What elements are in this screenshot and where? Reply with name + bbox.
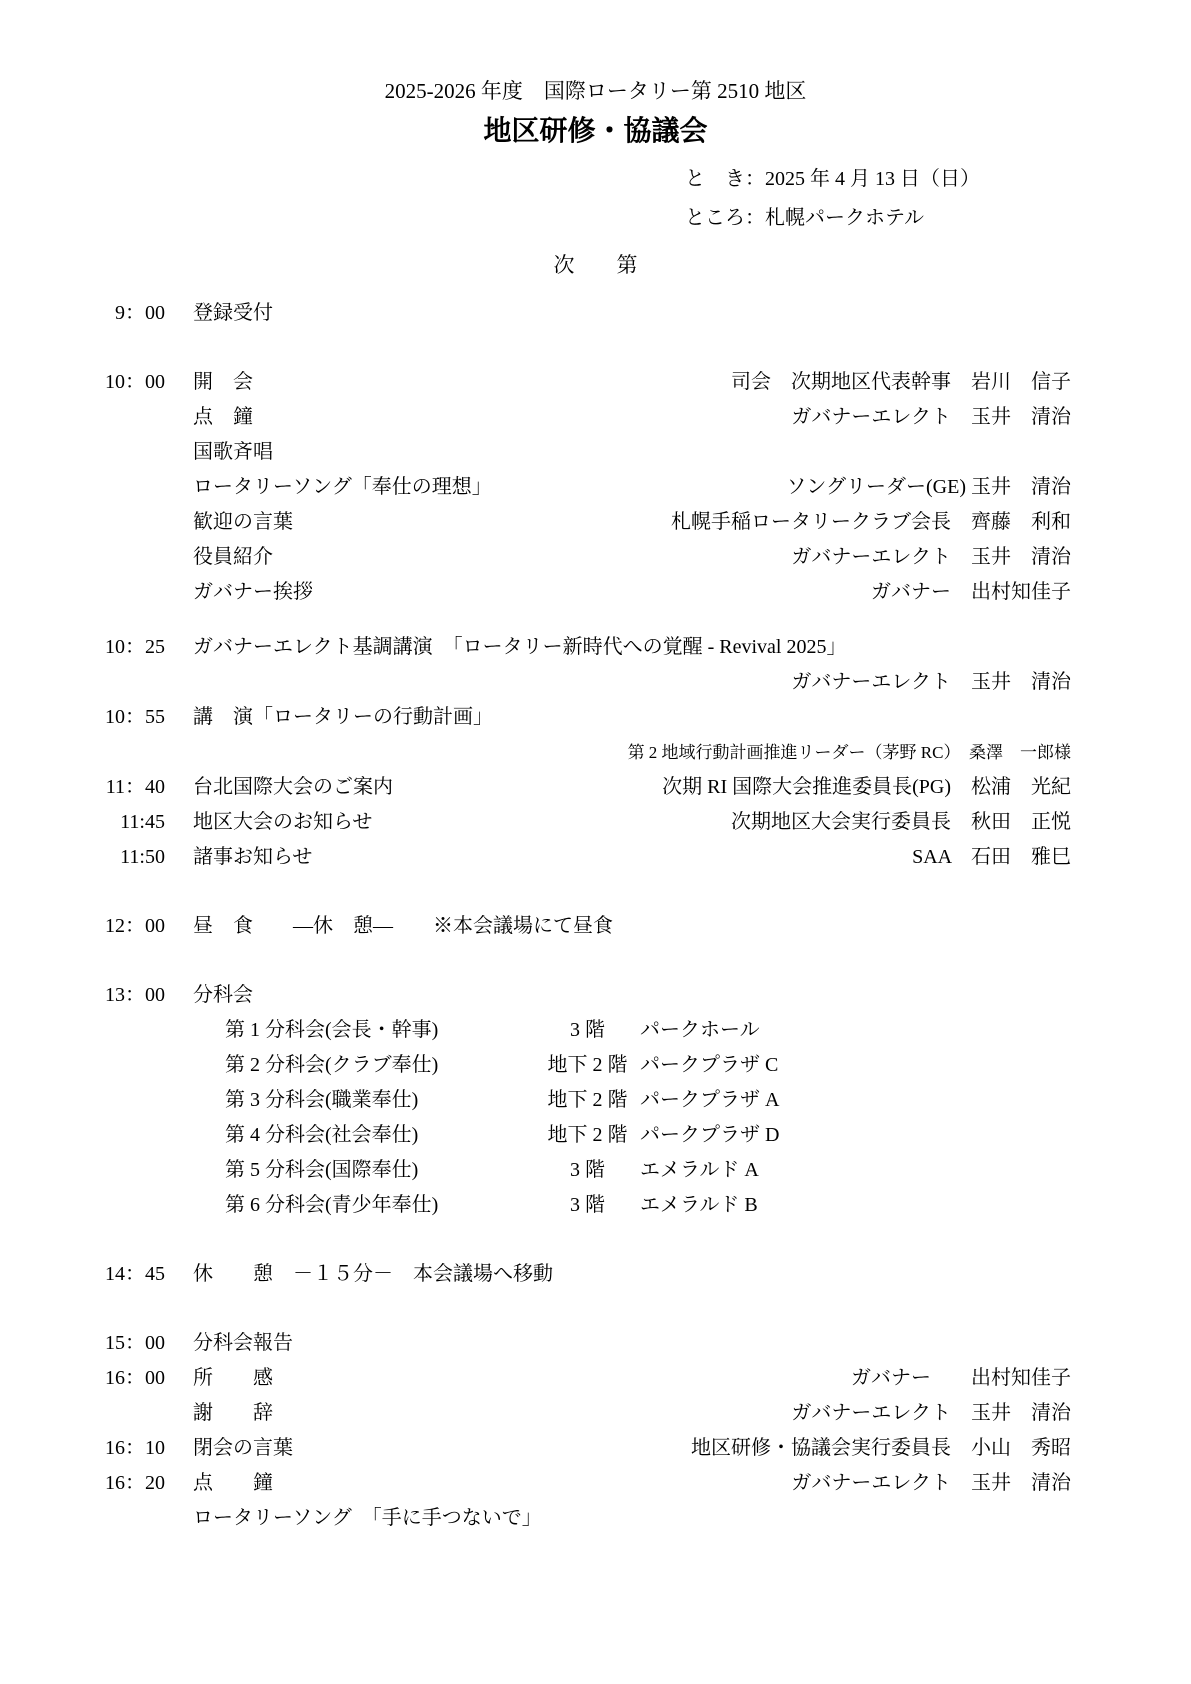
document-title: 2025-2026 年度 国際ロータリー第 2510 地区	[0, 0, 1191, 106]
agenda-row: 歓迎の言葉 札幌手稲ロータリークラブ会長 齊藤 利和	[105, 505, 1071, 540]
agenda-row: 12：00 昼 食 ―休 憩― ※本会議場にて昼食	[105, 909, 1071, 944]
session-room: パークプラザ C	[640, 1048, 778, 1083]
agenda-speaker: 第 2 地域行動計画推進リーダー（茅野 RC） 桑澤 一郎様	[628, 735, 1071, 770]
agenda-speaker: 地区研修・協議会実行委員長 小山 秀昭	[691, 1431, 1071, 1466]
agenda-time: 10：55	[105, 700, 165, 735]
event-venue: ところ：札幌パークホテル	[685, 199, 1191, 238]
agenda-row: 国歌斉唱	[105, 435, 1071, 470]
agenda-row: 第 2 地域行動計画推進リーダー（茅野 RC） 桑澤 一郎様	[105, 735, 1071, 770]
agenda-row: 9：00 登録受付	[105, 296, 1071, 331]
agenda-speaker: 次期地区大会実行委員長 秋田 正悦	[731, 805, 1071, 840]
agenda-time: 11:45	[105, 805, 165, 840]
breakout-session-row: 第 4 分科会(社会奉仕) 地下 2 階 パークプラザ D	[105, 1118, 1071, 1153]
agenda-heading: 次 第	[0, 248, 1191, 282]
session-room: パークプラザ A	[640, 1083, 779, 1118]
agenda-row: 役員紹介 ガバナーエレクト 玉井 清治	[105, 540, 1071, 575]
agenda-row: 16：00 所 感 ガバナー 出村知佳子	[105, 1361, 1071, 1396]
session-room: エメラルド B	[640, 1188, 758, 1223]
agenda-item: 閉会の言葉	[193, 1431, 293, 1466]
agenda-item: 台北国際大会のご案内	[193, 770, 393, 805]
agenda-item: 休 憩 －１５分－ 本会議場へ移動	[193, 1257, 553, 1292]
agenda-time: 14：45	[105, 1257, 165, 1292]
event-meta: と き：2025 年 4 月 13 日（日） ところ：札幌パークホテル	[685, 160, 1191, 238]
agenda-speaker: ガバナーエレクト 玉井 清治	[791, 540, 1071, 575]
agenda-time: 16：10	[105, 1431, 165, 1466]
agenda-item: 点 鐘	[193, 1466, 273, 1501]
agenda-item: 点 鐘	[193, 400, 253, 435]
agenda-item: 国歌斉唱	[193, 435, 273, 470]
agenda-speaker: 次期 RI 国際大会推進委員長(PG) 松浦 光紀	[662, 770, 1071, 805]
breakout-session-row: 第 2 分科会(クラブ奉仕) 地下 2 階 パークプラザ C	[105, 1048, 1071, 1083]
agenda-speaker: 司会 次期地区代表幹事 岩川 信子	[731, 365, 1071, 400]
agenda-document: 2025-2026 年度 国際ロータリー第 2510 地区 地区研修・協議会 と…	[0, 0, 1191, 1684]
agenda-speaker: ガバナーエレクト 玉井 清治	[791, 400, 1071, 435]
session-name: 第 5 分科会(国際奉仕)	[225, 1153, 535, 1188]
agenda-item: ガバナー挨拶	[193, 575, 313, 610]
agenda-item: 役員紹介	[193, 540, 273, 575]
session-name: 第 6 分科会(青少年奉仕)	[225, 1188, 535, 1223]
session-name: 第 3 分科会(職業奉仕)	[225, 1083, 535, 1118]
breakout-session-row: 第 1 分科会(会長・幹事) 3 階 パークホール	[105, 1013, 1071, 1048]
agenda-speaker: ソングリーダー(GE) 玉井 清治	[786, 470, 1071, 505]
session-name: 第 2 分科会(クラブ奉仕)	[225, 1048, 535, 1083]
agenda-speaker: ガバナー 出村知佳子	[871, 575, 1071, 610]
agenda-row: ロータリーソング「奉仕の理想」 ソングリーダー(GE) 玉井 清治	[105, 470, 1071, 505]
agenda-time: 16：00	[105, 1361, 165, 1396]
agenda-item: 登録受付	[193, 296, 273, 331]
session-floor: 地下 2 階	[535, 1083, 640, 1118]
agenda-time: 11:50	[105, 840, 165, 875]
agenda-row: 11:45 地区大会のお知らせ 次期地区大会実行委員長 秋田 正悦	[105, 805, 1071, 840]
agenda-time: 9：00	[105, 296, 165, 331]
agenda-row: ガバナー挨拶 ガバナー 出村知佳子	[105, 575, 1071, 610]
agenda-time: 10：25	[105, 630, 165, 665]
agenda-row: 14：45 休 憩 －１５分－ 本会議場へ移動	[105, 1257, 1071, 1292]
session-floor: 3 階	[535, 1153, 640, 1188]
agenda-row: 10：55 講 演「ロータリーの行動計画」	[105, 700, 1071, 735]
agenda-row: 15：00 分科会報告	[105, 1326, 1071, 1361]
agenda-row: 点 鐘 ガバナーエレクト 玉井 清治	[105, 400, 1071, 435]
agenda-item: 分科会報告	[193, 1326, 293, 1361]
agenda-row: 11:50 諸事お知らせ SAA 石田 雅巳	[105, 840, 1071, 875]
agenda-speaker: SAA 石田 雅巳	[912, 840, 1071, 875]
agenda-speaker: ガバナーエレクト 玉井 清治	[791, 665, 1071, 700]
agenda-row: 謝 辞 ガバナーエレクト 玉井 清治	[105, 1396, 1071, 1431]
breakout-session-row: 第 3 分科会(職業奉仕) 地下 2 階 パークプラザ A	[105, 1083, 1071, 1118]
agenda-item: 開 会	[193, 365, 253, 400]
agenda-item: 分科会	[193, 978, 253, 1013]
agenda-item: 昼 食 ―休 憩― ※本会議場にて昼食	[193, 909, 613, 944]
agenda-item: ガバナーエレクト基調講演 「ロータリー新時代への覚醒 - Revival 202…	[193, 630, 846, 665]
session-floor: 3 階	[535, 1013, 640, 1048]
agenda-item: ロータリーソング 「手に手つないで」	[193, 1501, 542, 1536]
event-title: 地区研修・協議会	[0, 112, 1191, 152]
agenda-item: 謝 辞	[193, 1396, 273, 1431]
agenda-list: 9：00 登録受付 10：00 開 会 司会 次期地区代表幹事 岩川 信子 点 …	[105, 296, 1071, 1536]
session-name: 第 4 分科会(社会奉仕)	[225, 1118, 535, 1153]
agenda-time: 12：00	[105, 909, 165, 944]
agenda-item: 地区大会のお知らせ	[193, 805, 372, 840]
agenda-item: 諸事お知らせ	[193, 840, 312, 875]
agenda-time: 13：00	[105, 978, 165, 1013]
agenda-speaker: ガバナーエレクト 玉井 清治	[791, 1466, 1071, 1501]
agenda-time: 16：20	[105, 1466, 165, 1501]
agenda-time: 10：00	[105, 365, 165, 400]
session-name: 第 1 分科会(会長・幹事)	[225, 1013, 535, 1048]
agenda-speaker: ガバナー 出村知佳子	[851, 1361, 1071, 1396]
breakout-session-row: 第 5 分科会(国際奉仕) 3 階 エメラルド A	[105, 1153, 1071, 1188]
agenda-item: 歓迎の言葉	[193, 505, 293, 540]
session-room: エメラルド A	[640, 1153, 759, 1188]
agenda-item: ロータリーソング「奉仕の理想」	[193, 470, 492, 505]
session-room: パークホール	[640, 1013, 760, 1048]
session-floor: 地下 2 階	[535, 1048, 640, 1083]
agenda-row: 10：00 開 会 司会 次期地区代表幹事 岩川 信子	[105, 365, 1071, 400]
agenda-row: 16：20 点 鐘 ガバナーエレクト 玉井 清治	[105, 1466, 1071, 1501]
agenda-row: ロータリーソング 「手に手つないで」	[105, 1501, 1071, 1536]
session-floor: 3 階	[535, 1188, 640, 1223]
event-datetime: と き：2025 年 4 月 13 日（日）	[685, 160, 1191, 199]
agenda-speaker: 札幌手稲ロータリークラブ会長 齊藤 利和	[671, 505, 1071, 540]
agenda-row: 13：00 分科会	[105, 978, 1071, 1013]
agenda-row: ガバナーエレクト 玉井 清治	[105, 665, 1071, 700]
session-room: パークプラザ D	[640, 1118, 779, 1153]
agenda-time: 11：40	[105, 770, 165, 805]
agenda-item: 講 演「ロータリーの行動計画」	[193, 700, 493, 735]
agenda-row: 16：10 閉会の言葉 地区研修・協議会実行委員長 小山 秀昭	[105, 1431, 1071, 1466]
agenda-item: 所 感	[193, 1361, 273, 1396]
agenda-row: 10：25 ガバナーエレクト基調講演 「ロータリー新時代への覚醒 - Reviv…	[105, 630, 1071, 665]
agenda-time: 15：00	[105, 1326, 165, 1361]
agenda-speaker: ガバナーエレクト 玉井 清治	[791, 1396, 1071, 1431]
breakout-session-row: 第 6 分科会(青少年奉仕) 3 階 エメラルド B	[105, 1188, 1071, 1223]
agenda-row: 11：40 台北国際大会のご案内 次期 RI 国際大会推進委員長(PG) 松浦 …	[105, 770, 1071, 805]
session-floor: 地下 2 階	[535, 1118, 640, 1153]
